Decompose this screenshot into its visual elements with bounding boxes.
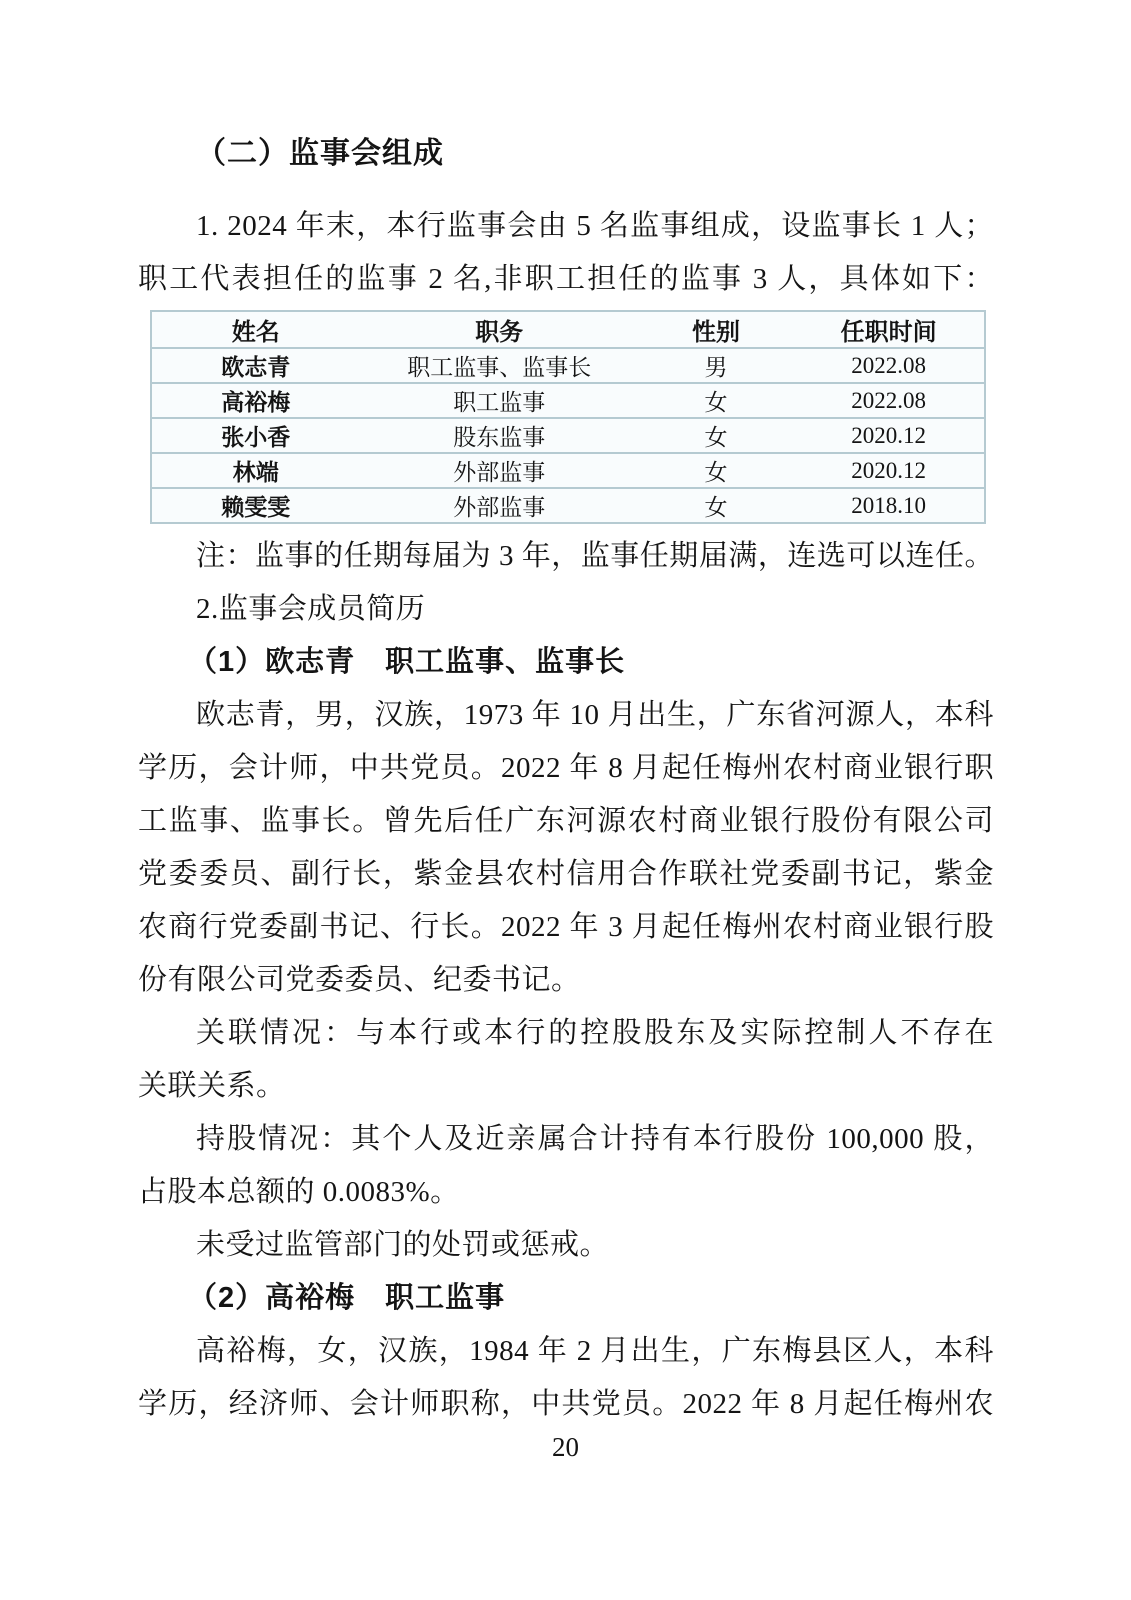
table-header-gender: 性别 [639, 311, 793, 348]
member1-punishment-line: 未受过监管部门的处罚或惩戒。 [138, 1219, 994, 1272]
cell-tenure: 2020.12 [793, 418, 985, 453]
relation-line: 关联关系。 [138, 1060, 994, 1113]
bio-line: 欧志青，男，汉族，1973 年 10 月出生，广东省河源人，本科 [138, 689, 994, 742]
bio-line: 工监事、监事长。曾先后任广东河源农村商业银行股份有限公司 [138, 795, 994, 848]
table-header-position: 职务 [360, 311, 639, 348]
document-page: （二）监事会组成 1. 2024 年末，本行监事会由 5 名监事组成，设监事长 … [0, 0, 1131, 1600]
cell-position: 外部监事 [360, 453, 639, 488]
table-row: 林端 外部监事 女 2020.12 [151, 453, 985, 488]
member1-relation-paragraph: 关联情况：与本行或本行的控股股东及实际控制人不存在 关联关系。 [138, 1007, 994, 1113]
cell-position: 职工监事 [360, 383, 639, 418]
section-heading: （二）监事会组成 [196, 134, 994, 174]
sub-heading: 2.监事会成员简历 [138, 583, 994, 636]
cell-name: 赖雯雯 [151, 488, 360, 523]
cell-name: 高裕梅 [151, 383, 360, 418]
intro-paragraph: 1. 2024 年末，本行监事会由 5 名监事组成，设监事长 1 人； 职工代表… [138, 200, 994, 306]
cell-gender: 女 [639, 488, 793, 523]
table-row: 赖雯雯 外部监事 女 2018.10 [151, 488, 985, 523]
intro-line: 1. 2024 年末，本行监事会由 5 名监事组成，设监事长 1 人； [138, 200, 994, 253]
table-row: 高裕梅 职工监事 女 2022.08 [151, 383, 985, 418]
cell-name: 林端 [151, 453, 360, 488]
table-header-tenure: 任职时间 [793, 311, 985, 348]
member2-heading: （2）高裕梅 职工监事 [138, 1272, 994, 1325]
bio-line: 高裕梅，女，汉族，1984 年 2 月出生，广东梅县区人，本科 [138, 1325, 994, 1378]
table-header-row: 姓名 职务 性别 任职时间 [151, 311, 985, 348]
cell-tenure: 2018.10 [793, 488, 985, 523]
supervisors-table: 姓名 职务 性别 任职时间 欧志青 职工监事、监事长 男 2022.08 高裕梅… [150, 310, 986, 524]
member2-bio-paragraph: 高裕梅，女，汉族，1984 年 2 月出生，广东梅县区人，本科 学历，经济师、会… [138, 1325, 994, 1431]
relation-line: 关联情况：与本行或本行的控股股东及实际控制人不存在 [138, 1007, 994, 1060]
bio-line: 党委委员、副行长，紫金县农村信用合作联社党委副书记，紫金 [138, 848, 994, 901]
table-row: 张小香 股东监事 女 2020.12 [151, 418, 985, 453]
cell-name: 欧志青 [151, 348, 360, 383]
holding-line: 持股情况：其个人及近亲属合计持有本行股份 100,000 股， [138, 1113, 994, 1166]
cell-position: 职工监事、监事长 [360, 348, 639, 383]
cell-gender: 女 [639, 453, 793, 488]
intro-line: 职工代表担任的监事 2 名,非职工担任的监事 3 人，具体如下： [138, 253, 994, 306]
table-header-name: 姓名 [151, 311, 360, 348]
bio-line: 份有限公司党委委员、纪委书记。 [138, 954, 994, 1007]
member1-holding-paragraph: 持股情况：其个人及近亲属合计持有本行股份 100,000 股， 占股本总额的 0… [138, 1113, 994, 1219]
table-row: 欧志青 职工监事、监事长 男 2022.08 [151, 348, 985, 383]
bio-line: 农商行党委副书记、行长。2022 年 3 月起任梅州农村商业银行股 [138, 901, 994, 954]
cell-gender: 男 [639, 348, 793, 383]
bio-line: 学历，会计师，中共党员。2022 年 8 月起任梅州农村商业银行职 [138, 742, 994, 795]
cell-gender: 女 [639, 418, 793, 453]
member1-heading: （1）欧志青 职工监事、监事长 [138, 636, 994, 689]
cell-gender: 女 [639, 383, 793, 418]
member1-bio-paragraph: 欧志青，男，汉族，1973 年 10 月出生，广东省河源人，本科 学历，会计师，… [138, 689, 994, 1007]
cell-tenure: 2022.08 [793, 348, 985, 383]
cell-tenure: 2022.08 [793, 383, 985, 418]
table-note: 注：监事的任期每届为 3 年，监事任期届满，连选可以连任。 [138, 530, 994, 583]
cell-position: 外部监事 [360, 488, 639, 523]
cell-position: 股东监事 [360, 418, 639, 453]
holding-line: 占股本总额的 0.0083%。 [138, 1166, 994, 1219]
bio-line: 学历，经济师、会计师职称，中共党员。2022 年 8 月起任梅州农 [138, 1378, 994, 1431]
page-number: 20 [0, 1432, 1131, 1463]
cell-name: 张小香 [151, 418, 360, 453]
cell-tenure: 2020.12 [793, 453, 985, 488]
